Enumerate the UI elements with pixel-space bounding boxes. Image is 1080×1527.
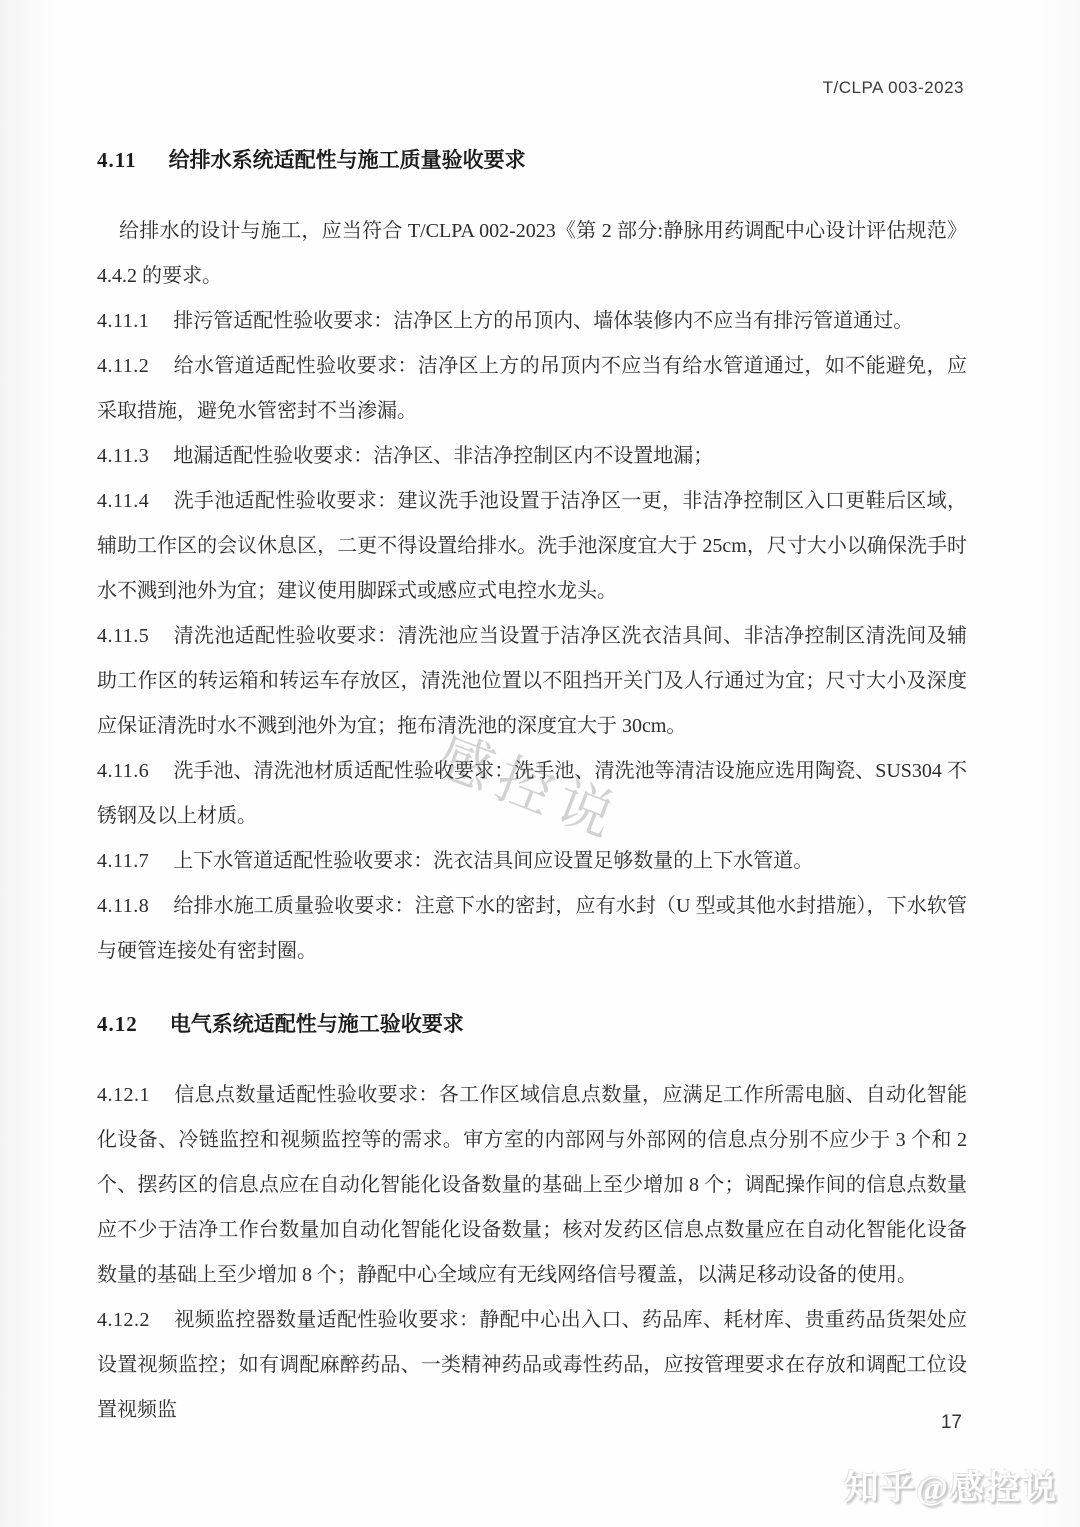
clause-paragraph: 4.12.2视频监控器数量适配性验收要求：静配中心出入口、药品库、耗材库、贵重药…: [97, 1298, 967, 1433]
document-code-header: T/CLPA 003-2023: [823, 78, 964, 98]
section-title: 电气系统适配性与施工验收要求: [170, 1012, 464, 1036]
clause-number: 4.11.2: [97, 355, 149, 377]
zhihu-watermark: 知乎@感控说: [844, 1460, 1058, 1509]
intro-paragraph: 给排水的设计与施工，应当符合 T/CLPA 002-2023《第 2 部分:静脉…: [97, 209, 967, 299]
clause-number: 4.12.2: [97, 1309, 150, 1331]
clause-paragraph: 4.11.1排污管适配性验收要求：洁净区上方的吊顶内、墙体装修内不应当有排污管道…: [97, 299, 967, 344]
clause-paragraph: 4.11.2给水管道适配性验收要求：洁净区上方的吊顶内不应当有给水管道通过，如不…: [97, 344, 967, 434]
document-page: T/CLPA 003-2023 感控说 4.11给排水系统适配性与施工质量验收要…: [0, 0, 1080, 1527]
section-title: 给排水系统适配性与施工质量验收要求: [169, 148, 526, 172]
clause-number: 4.11.3: [97, 445, 149, 467]
clause-number: 4.11.6: [97, 760, 149, 782]
clause-paragraph: 4.11.6洗手池、清洗池材质适配性验收要求：洗手池、清洗池等清洁设施应选用陶瓷…: [97, 749, 967, 839]
clause-number: 4.11.4: [97, 490, 149, 512]
clause-paragraph: 4.11.7上下水管道适配性验收要求：洗衣洁具间应设置足够数量的上下水管道。: [97, 839, 967, 884]
document-content: 4.11给排水系统适配性与施工质量验收要求给排水的设计与施工，应当符合 T/CL…: [97, 138, 967, 1433]
section-number: 4.12: [97, 1002, 138, 1047]
clause-number: 4.11.7: [97, 850, 149, 872]
clause-number: 4.12.1: [97, 1084, 150, 1106]
section-heading: 4.12电气系统适配性与施工验收要求: [97, 1002, 967, 1047]
clause-paragraph: 4.12.1信息点数量适配性验收要求：各工作区域信息点数量，应满足工作所需电脑、…: [97, 1073, 967, 1298]
clause-paragraph: 4.11.4洗手池适配性验收要求：建议洗手池设置于洁净区一更，非洁净控制区入口更…: [97, 479, 967, 614]
section-number: 4.11: [97, 138, 137, 183]
clause-number: 4.11.8: [97, 895, 149, 917]
clause-paragraph: 4.11.3地漏适配性验收要求：洁净区、非洁净控制区内不设置地漏；: [97, 434, 967, 479]
section-heading: 4.11给排水系统适配性与施工质量验收要求: [97, 138, 967, 183]
clause-number: 4.11.5: [97, 625, 149, 647]
page-number: 17: [941, 1412, 962, 1434]
clause-paragraph: 4.11.5清洗池适配性验收要求：清洗池应当设置于洁净区洗衣洁具间、非洁净控制区…: [97, 614, 967, 749]
clause-number: 4.11.1: [97, 310, 149, 332]
clause-paragraph: 4.11.8给排水施工质量验收要求：注意下水的密封，应有水封（U 型或其他水封措…: [97, 884, 967, 974]
